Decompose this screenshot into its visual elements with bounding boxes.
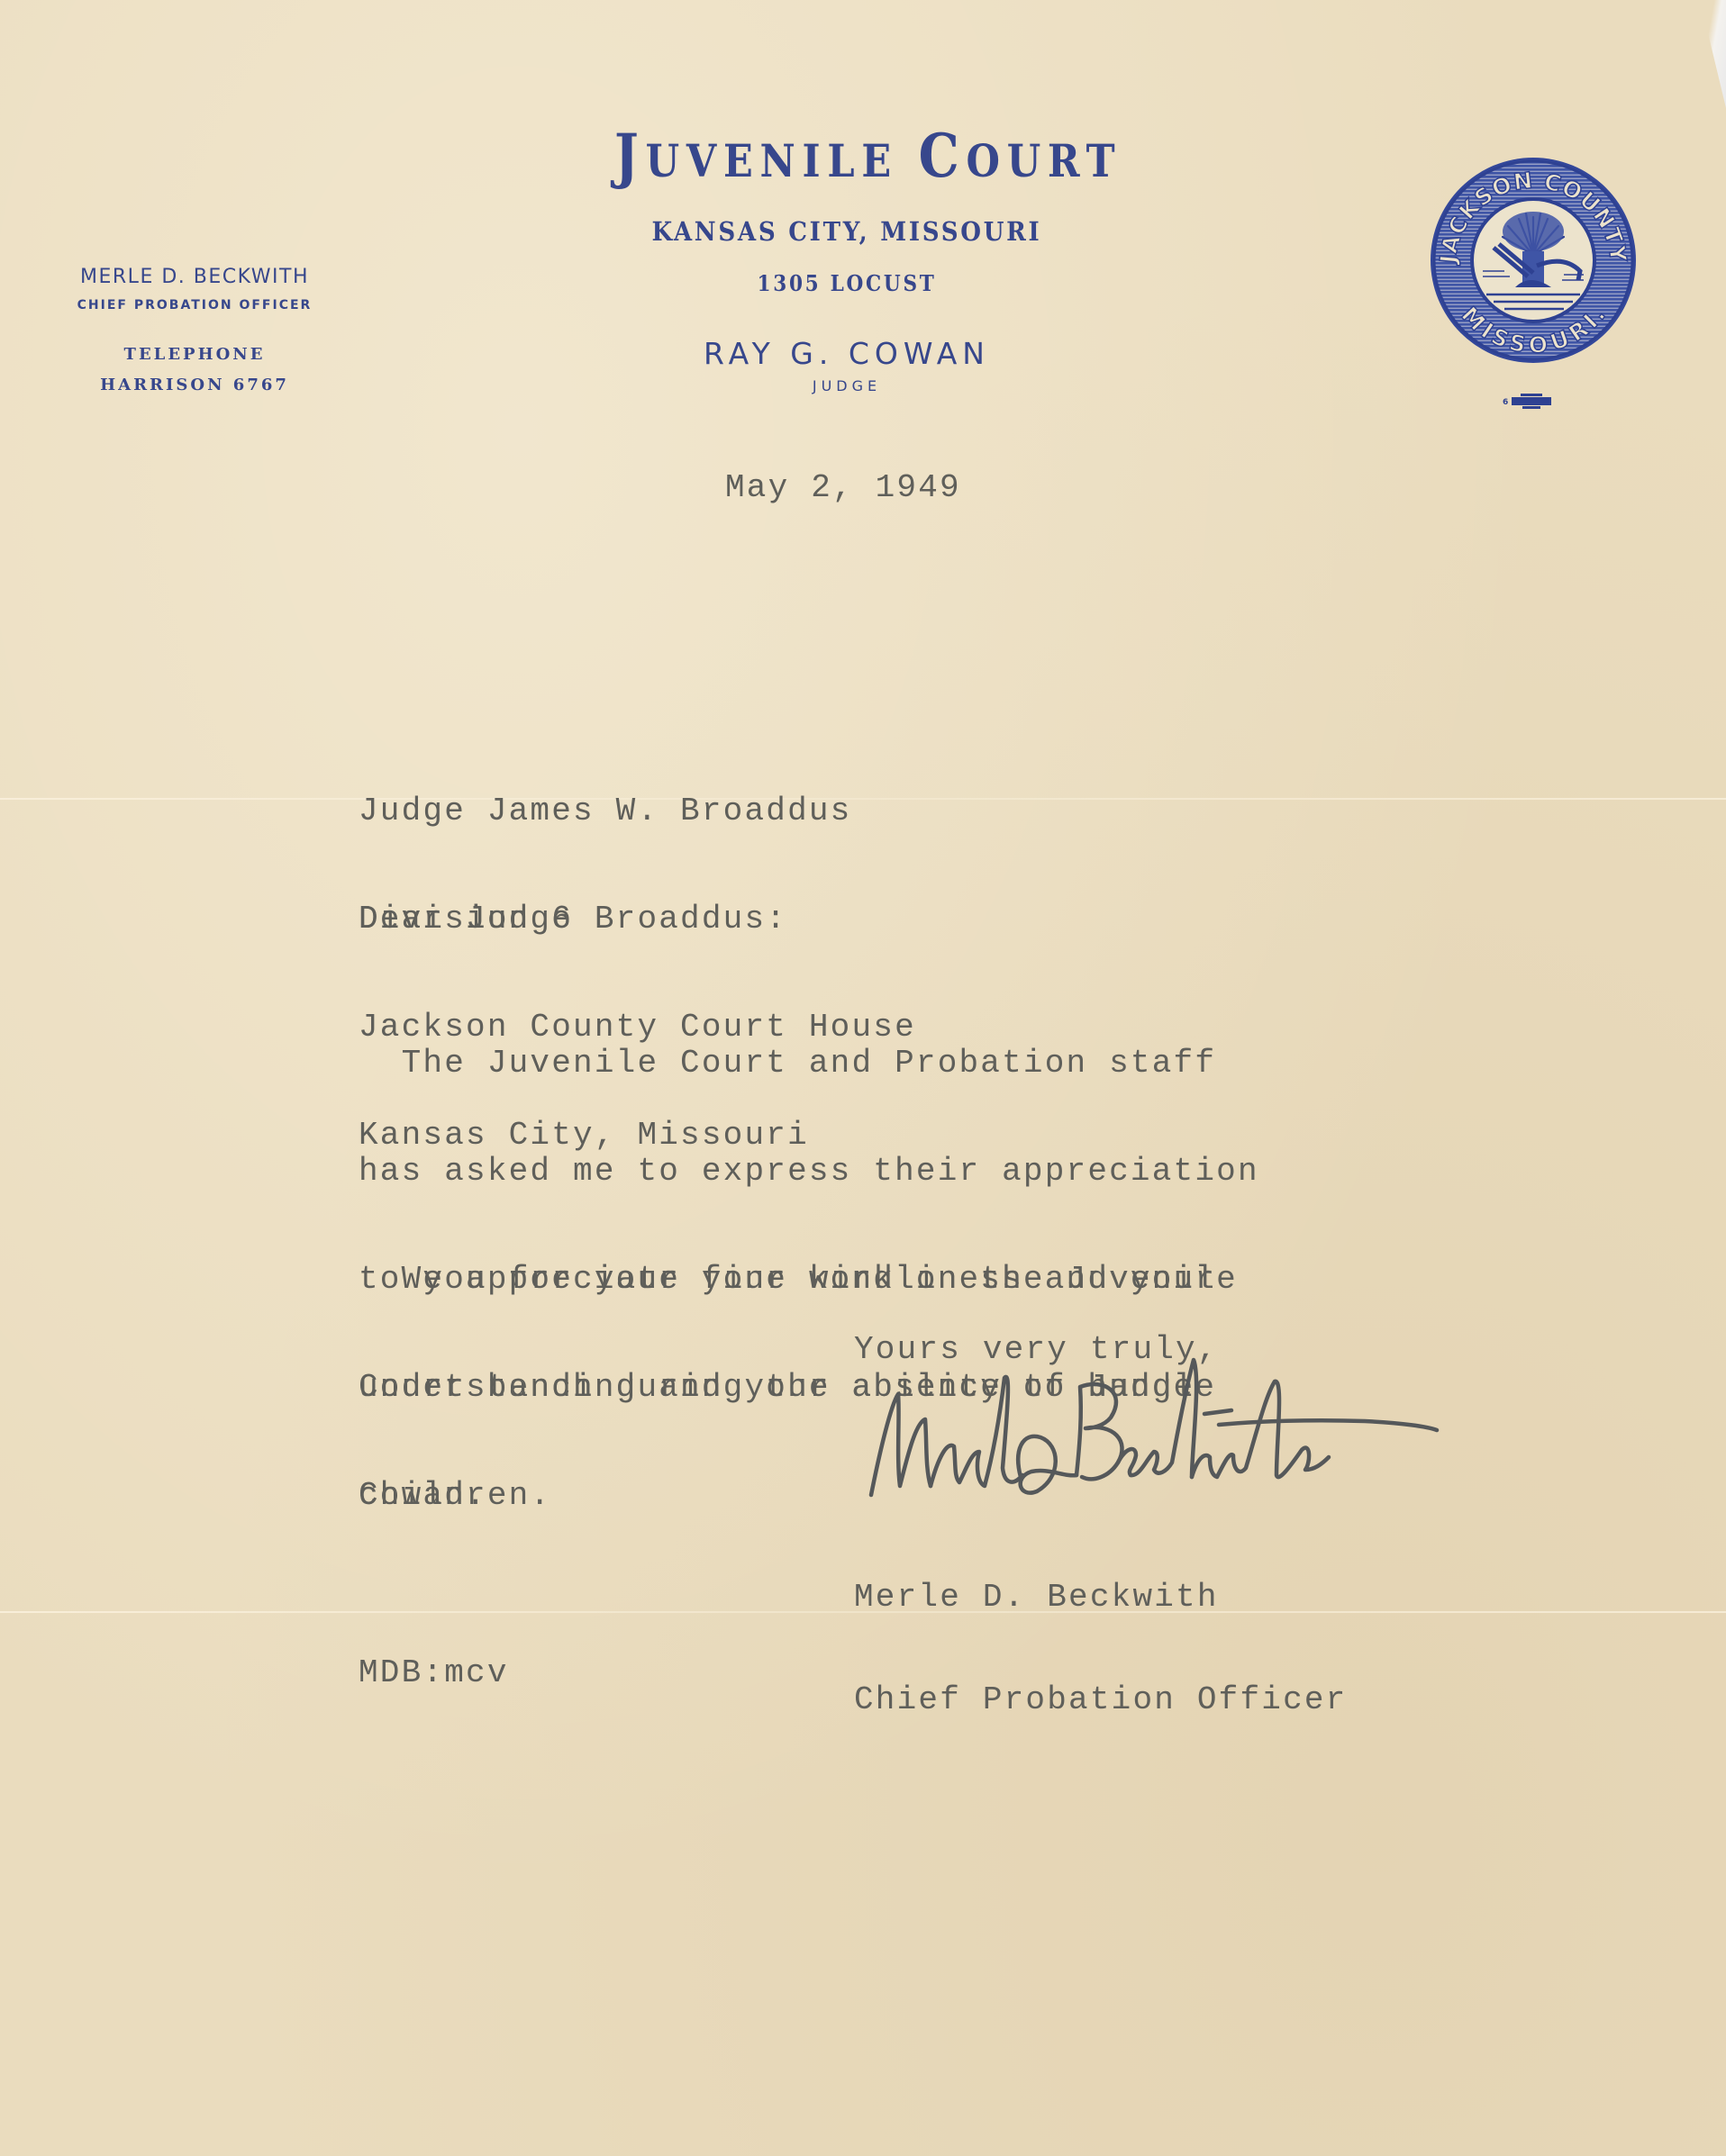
body-line: The Juvenile Court and Probation staff [359, 1046, 1259, 1082]
letterhead-officer-title: CHIEF PROBATION OFFICER [32, 299, 357, 312]
letterhead-organization-title: JUVENILE COURT [614, 126, 1079, 186]
union-label-icon: 6 [1503, 393, 1558, 411]
county-seal-icon: JACKSON COUNTY MISSOURI. [1429, 154, 1638, 367]
letter-date: May 2, 1949 [725, 470, 961, 506]
letterhead-judge-title: JUDGE [577, 379, 1117, 394]
title-word: UVENILE [646, 134, 898, 187]
reference-initials: MDB:mcv [359, 1655, 509, 1691]
handwritten-signature: Merle D. Beckwith [860, 1351, 1446, 1504]
svg-text:6: 6 [1503, 398, 1508, 407]
body-line: We appreciate your kindliness and your [359, 1262, 1216, 1298]
title-initial: J [614, 121, 646, 191]
letterhead-street: 1305 LOCUST [604, 273, 1090, 294]
title-initial: C [919, 121, 967, 191]
letterhead-judge-name: RAY G. COWAN [577, 339, 1117, 368]
signer-title: Chief Probation Officer [854, 1683, 1347, 1717]
letterhead-phone-label: TELEPHONE [32, 347, 357, 363]
signer-name: Merle D. Beckwith [854, 1581, 1347, 1615]
salutation: Dear Judge Broaddus: [359, 901, 787, 938]
paper-corner-edge [1694, 0, 1726, 108]
title-word: OURT [966, 134, 1122, 187]
body-line: has asked me to express their appreciati… [359, 1154, 1259, 1190]
letterhead-phone-number: HARRISON 6767 [32, 377, 357, 394]
letterhead-city: KANSAS CITY, MISSOURI [604, 219, 1090, 245]
signature-block: Merle D. Beckwith Chief Probation Office… [854, 1512, 1347, 1752]
letterhead-officer-name: MERLE D. BECKWITH [32, 267, 357, 287]
recipient-name: Judge James W. Broaddus [359, 793, 916, 829]
